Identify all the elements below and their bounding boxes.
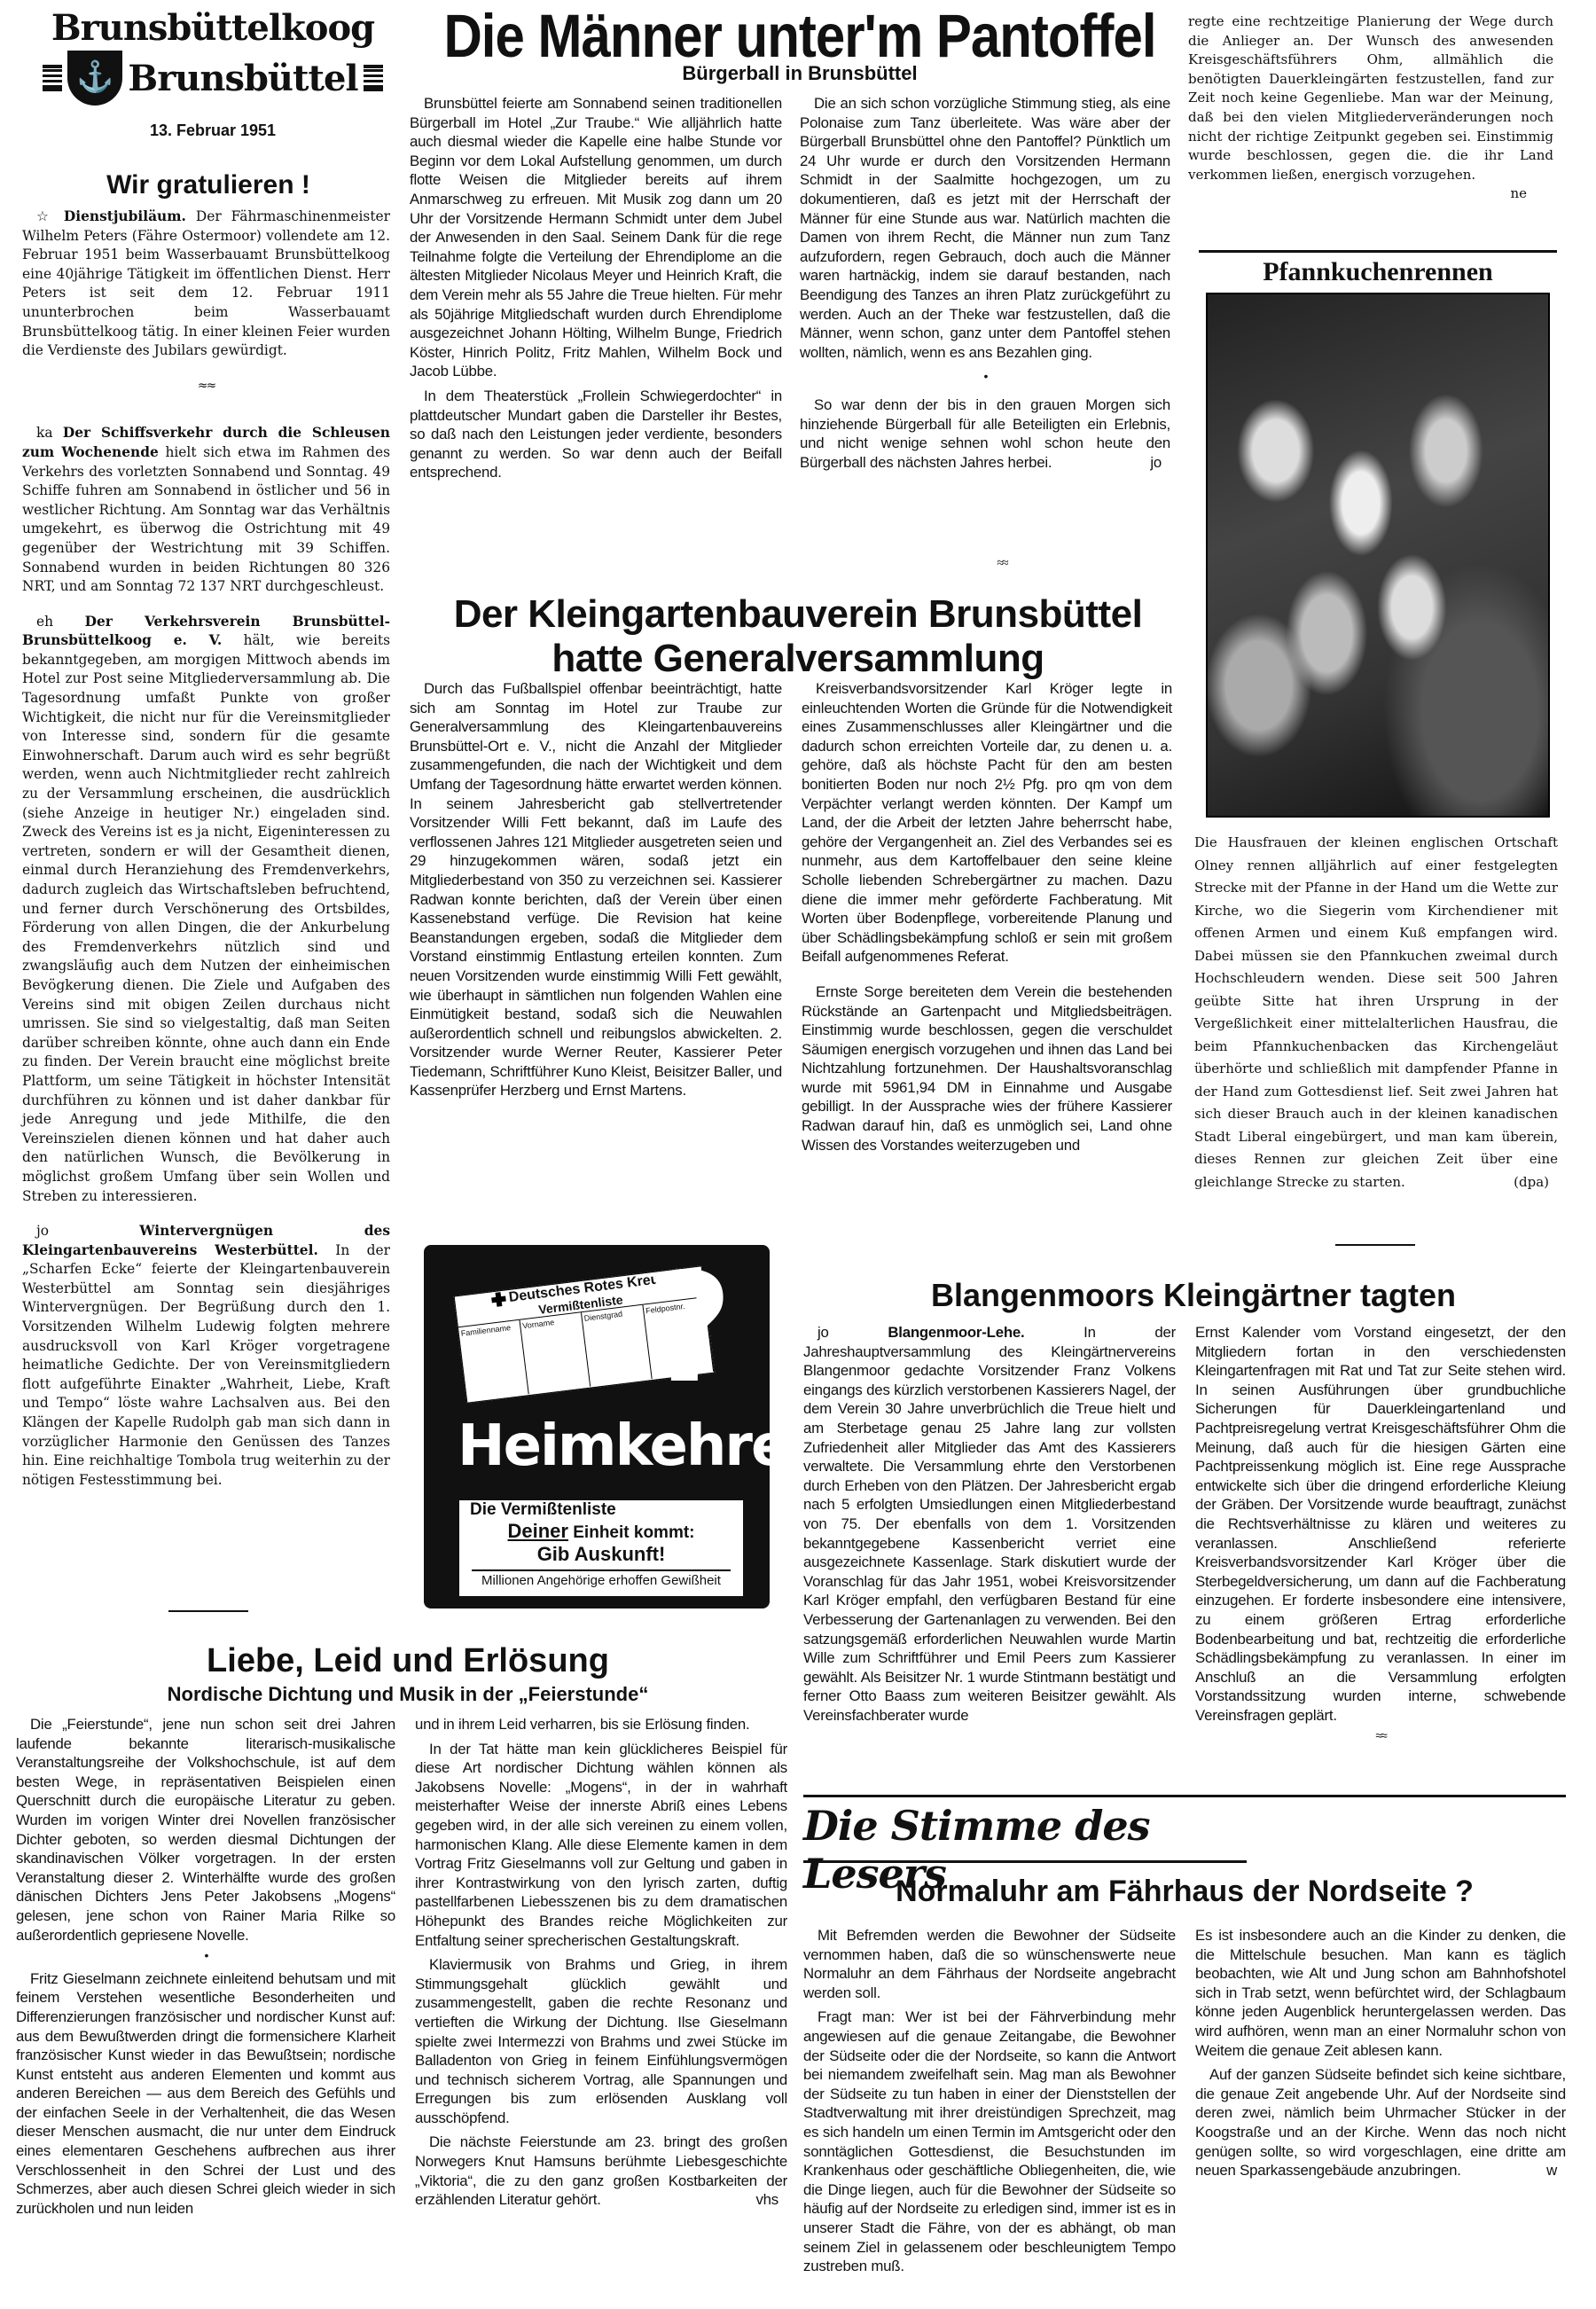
paragraph: Klaviermusik von Brahms und Grieg, in ih… bbox=[415, 1955, 787, 2127]
headline-pfannkuchen: Pfannkuchenrennen bbox=[1199, 257, 1557, 287]
blangenmoor-column-2: Ernst Kalender vom Vorstand eingesetzt, … bbox=[1195, 1323, 1566, 1746]
section-rule bbox=[803, 1860, 1247, 1863]
headline-liebe-leid: Liebe, Leid und Erlösung bbox=[27, 1642, 789, 1680]
pantoffel-column-1: Brunsbüttel feierte am Sonnabend seinen … bbox=[410, 94, 782, 482]
banner-right-decoration bbox=[364, 65, 383, 91]
author-initials: jo bbox=[36, 1223, 49, 1239]
pancake-race-photo bbox=[1206, 293, 1550, 818]
paragraph: Mit Befremden werden die Bewohner der Sü… bbox=[803, 1926, 1176, 2002]
left-column: ☆ Dienstjubiläum. Der Fährmaschinenmeist… bbox=[22, 207, 390, 1490]
paragraph: Die „Feierstunde“, jene nun schon seit d… bbox=[16, 1715, 395, 1945]
leser-column-1: Mit Befremden werden die Bewohner der Sü… bbox=[803, 1926, 1176, 2276]
anchor-crest-icon: ⚓ bbox=[67, 51, 122, 106]
paragraph: und in ihrem Leid verharren, bis sie Erl… bbox=[415, 1715, 787, 1734]
subhead-feierstunde: Nordische Dichtung und Musik in der „Fei… bbox=[27, 1683, 789, 1706]
ad-text-box: Die Vermißtenliste Deiner Einheit kommt:… bbox=[459, 1500, 743, 1596]
liebe-column-1: Die „Feierstunde“, jene nun schon seit d… bbox=[16, 1715, 395, 2218]
kleingarten-column-1: Durch das Fußballspiel offenbar beeinträ… bbox=[410, 679, 782, 1100]
paragraph: Ernste Sorge bereiteten dem Verein die b… bbox=[802, 982, 1172, 1154]
paragraph: Fragt man: Wer ist bei der Fährverbindun… bbox=[803, 2008, 1176, 2275]
ornament-divider: ≈≈ bbox=[22, 377, 390, 396]
bullet-separator: • bbox=[800, 367, 1170, 387]
divider bbox=[168, 1610, 248, 1612]
author-signature: w bbox=[1532, 2161, 1557, 2180]
headline-line1: Der Kleingartenbauverein Brunsbüttel bbox=[454, 592, 1143, 636]
banner-left-decoration bbox=[43, 65, 62, 91]
paragraph: Durch das Fußballspiel offenbar beeinträ… bbox=[410, 679, 782, 1100]
bullet-separator: • bbox=[16, 1946, 395, 1966]
masthead: Brunsbüttelkoog ⚓ Brunsbüttel 13. Februa… bbox=[35, 7, 390, 140]
paragraph: In der Tat hätte man kein glücklicheres … bbox=[415, 1740, 787, 1951]
paragraph: Auf der ganzen Südseite befindet sich ke… bbox=[1195, 2065, 1566, 2180]
item-lead: Dienstjubiläum. bbox=[64, 208, 186, 224]
author-initials: eh bbox=[36, 614, 53, 630]
dateline: Blangenmoor-Lehe. bbox=[888, 1324, 1024, 1341]
section-rule bbox=[803, 1795, 1566, 1797]
author-signature: jo bbox=[1136, 453, 1162, 473]
author-signature: vhs bbox=[741, 2190, 778, 2210]
leser-column-2: Es ist insbesondere auch an die Kinder z… bbox=[1195, 1926, 1566, 2180]
divider bbox=[1335, 1244, 1415, 1246]
item-text: In der „Scharfen Ecke“ feierte der Klein… bbox=[22, 1242, 390, 1488]
news-item-dienstjubilaeum: ☆ Dienstjubiläum. Der Fährmaschinenmeist… bbox=[22, 207, 390, 361]
masthead-title-line1: Brunsbüttelkoog bbox=[35, 7, 390, 49]
ornament-divider: ≈≈ bbox=[975, 557, 1029, 571]
paragraph: Kreisverbandsvorsitzender Karl Kröger le… bbox=[802, 679, 1172, 967]
pfannkuchen-caption: Die Hausfrauen der kleinen englischen Or… bbox=[1194, 832, 1558, 1194]
ornament-divider: ≈≈ bbox=[1195, 1726, 1566, 1746]
headline-normaluhr: Normaluhr am Fährhaus der Nordseite ? bbox=[803, 1875, 1566, 1909]
pantoffel-column-2: Die an sich schon vorzügliche Stimmung s… bbox=[800, 94, 1170, 472]
news-item-wintervergnuegen: jo Wintervergnügen des Kleingartenbauver… bbox=[22, 1222, 390, 1490]
news-item-schiffsverkehr: ka Der Schiffsverkehr durch die Schleuse… bbox=[22, 424, 390, 596]
author-signature: (dpa) bbox=[1514, 1171, 1549, 1194]
question-mark-icon: ? bbox=[645, 1254, 733, 1405]
author-initials: ka bbox=[36, 425, 53, 441]
section-rule bbox=[1199, 250, 1557, 253]
liebe-column-2: und in ihrem Leid verharren, bis sie Erl… bbox=[415, 1715, 787, 2210]
subhead-pantoffel: Bürgerball in Brunsbüttel bbox=[410, 62, 1190, 85]
issue-date: 13. Februar 1951 bbox=[35, 121, 390, 140]
ad-headline: Heimkehrer! bbox=[458, 1413, 838, 1479]
congratulations-heading: Wir gratulieren ! bbox=[27, 170, 390, 200]
paragraph: Brunsbüttel feierte am Sonnabend seinen … bbox=[410, 94, 782, 381]
paragraph: In dem Theaterstück „Frollein Schwiegerd… bbox=[410, 387, 782, 482]
item-text: hielt sich etwa im Rahmen des Verkehrs d… bbox=[22, 444, 390, 594]
red-cross-missing-persons-ad: Deutsches Rotes Kreuz Vermißtenliste Fam… bbox=[424, 1245, 770, 1608]
masthead-title-row: ⚓ Brunsbüttel bbox=[35, 51, 390, 106]
paragraph: Die nächste Feierstunde am 23. bringt de… bbox=[415, 2133, 787, 2209]
headline-blangenmoor: Blangenmoors Kleingärtner tagten bbox=[803, 1277, 1584, 1314]
headline-line2: hatte Generalversammlung bbox=[552, 637, 1044, 680]
red-cross-icon bbox=[490, 1291, 506, 1307]
right-top-continuation: regte eine rechtzeitige Planierung der W… bbox=[1188, 12, 1553, 204]
news-item-verkehrsverein: eh Der Verkehrsverein Brunsbüttel-Brunsb… bbox=[22, 613, 390, 1206]
paragraph: Fritz Gieselmann zeichnete einleitend be… bbox=[16, 1969, 395, 2219]
kleingarten-column-2: Kreisverbandsvorsitzender Karl Kröger le… bbox=[802, 679, 1172, 1154]
author-signature: ne bbox=[1510, 184, 1527, 204]
item-text: hält, wie bereits bekanntgegeben, am mor… bbox=[22, 632, 390, 1203]
masthead-title-line2: Brunsbüttel bbox=[128, 58, 357, 99]
blangenmoor-column-1: jo Blangenmoor-Lehe. In der Jahreshauptv… bbox=[803, 1323, 1176, 1725]
headline-kleingarten: Der Kleingartenbauverein Brunsbüttel hat… bbox=[417, 592, 1179, 681]
author-initials: jo bbox=[818, 1324, 829, 1341]
item-text: Der Fährmaschinenmeister Wilhelm Peters … bbox=[22, 208, 390, 358]
star-icon: ☆ bbox=[36, 208, 54, 224]
paragraph: Die an sich schon vorzügliche Stimmung s… bbox=[800, 94, 1170, 362]
paragraph: Es ist insbesondere auch an die Kinder z… bbox=[1195, 1926, 1566, 2060]
paragraph: So war denn der bis in den grauen Morgen… bbox=[800, 395, 1170, 472]
